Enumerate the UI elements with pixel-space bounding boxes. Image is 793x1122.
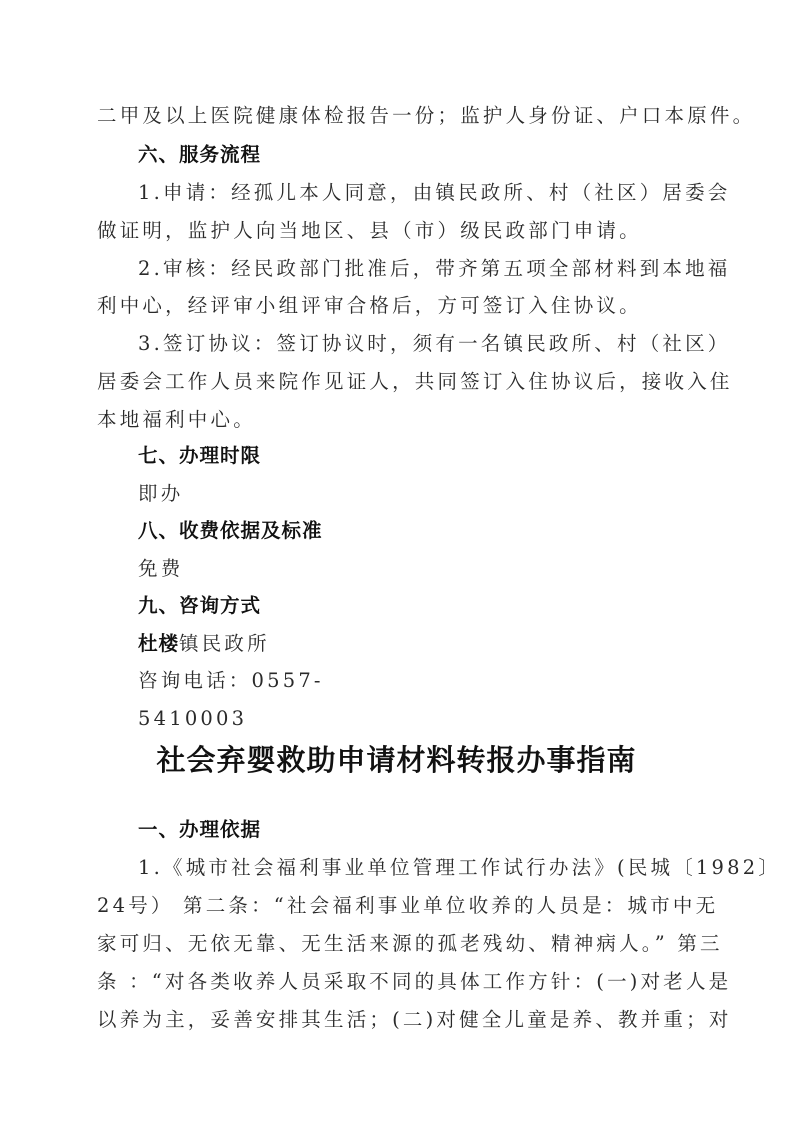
section-heading-service-process: 六、服务流程 xyxy=(138,143,748,167)
phone-number: 5410003 xyxy=(138,707,748,731)
guide-title: 社会弃婴救助申请材料转报办事指南 xyxy=(0,738,793,779)
text-line: 即办 xyxy=(138,482,748,506)
text-line: 利中心，经评审小组评审合格后，方可签订入住协议。 xyxy=(97,294,707,318)
section-heading-fees: 八、收费依据及标准 xyxy=(138,519,748,543)
office-suffix: 镇民政所 xyxy=(179,632,270,655)
text-line: 24号） 第二条：“社会福利事业单位收养的人员是：城市中无 xyxy=(97,894,707,918)
section-heading-basis: 一、办理依据 xyxy=(138,818,748,842)
section-heading-consultation: 九、咨询方式 xyxy=(138,594,748,618)
text-line: 二甲及以上医院健康体检报告一份；监护人身份证、户口本原件。 xyxy=(97,104,707,128)
text-line: 做证明，监护人向当地区、县（市）级民政部门申请。 xyxy=(97,219,707,243)
text-line: 2.审核：经民政部门批准后，带齐第五项全部材料到本地福 xyxy=(138,257,748,281)
phone-line: 咨询电话：0557- xyxy=(138,669,748,693)
text-line: 免费 xyxy=(138,557,748,581)
text-line: 本地福利中心。 xyxy=(97,408,707,432)
text-line: 条 ：“对各类收养人员采取不同的具体工作方针：(一)对老人是 xyxy=(97,970,707,994)
text-line: 1.《城市社会福利事业单位管理工作试行办法》(民城〔1982〕 xyxy=(138,856,748,880)
text-line: 3.签订协议：签订协议时，须有一名镇民政所、村（社区） xyxy=(138,332,748,356)
text-line: 1.申请：经孤儿本人同意，由镇民政所、村（社区）居委会 xyxy=(138,181,748,205)
office-town: 杜楼 xyxy=(138,632,179,655)
text-line: 以养为主，妥善安排其生活；(二)对健全儿童是养、教并重；对 xyxy=(97,1008,707,1032)
text-line: 居委会工作人员来院作见证人，共同签订入住协议后，接收入住 xyxy=(97,370,707,394)
office-name: 杜楼镇民政所 xyxy=(138,632,748,656)
document-page: 二甲及以上医院健康体检报告一份；监护人身份证、户口本原件。 六、服务流程 1.申… xyxy=(0,0,793,1122)
section-heading-time-limit: 七、办理时限 xyxy=(138,444,748,468)
text-line: 家可归、无依无靠、无生活来源的孤老残幼、精神病人。” 第三 xyxy=(97,932,707,956)
